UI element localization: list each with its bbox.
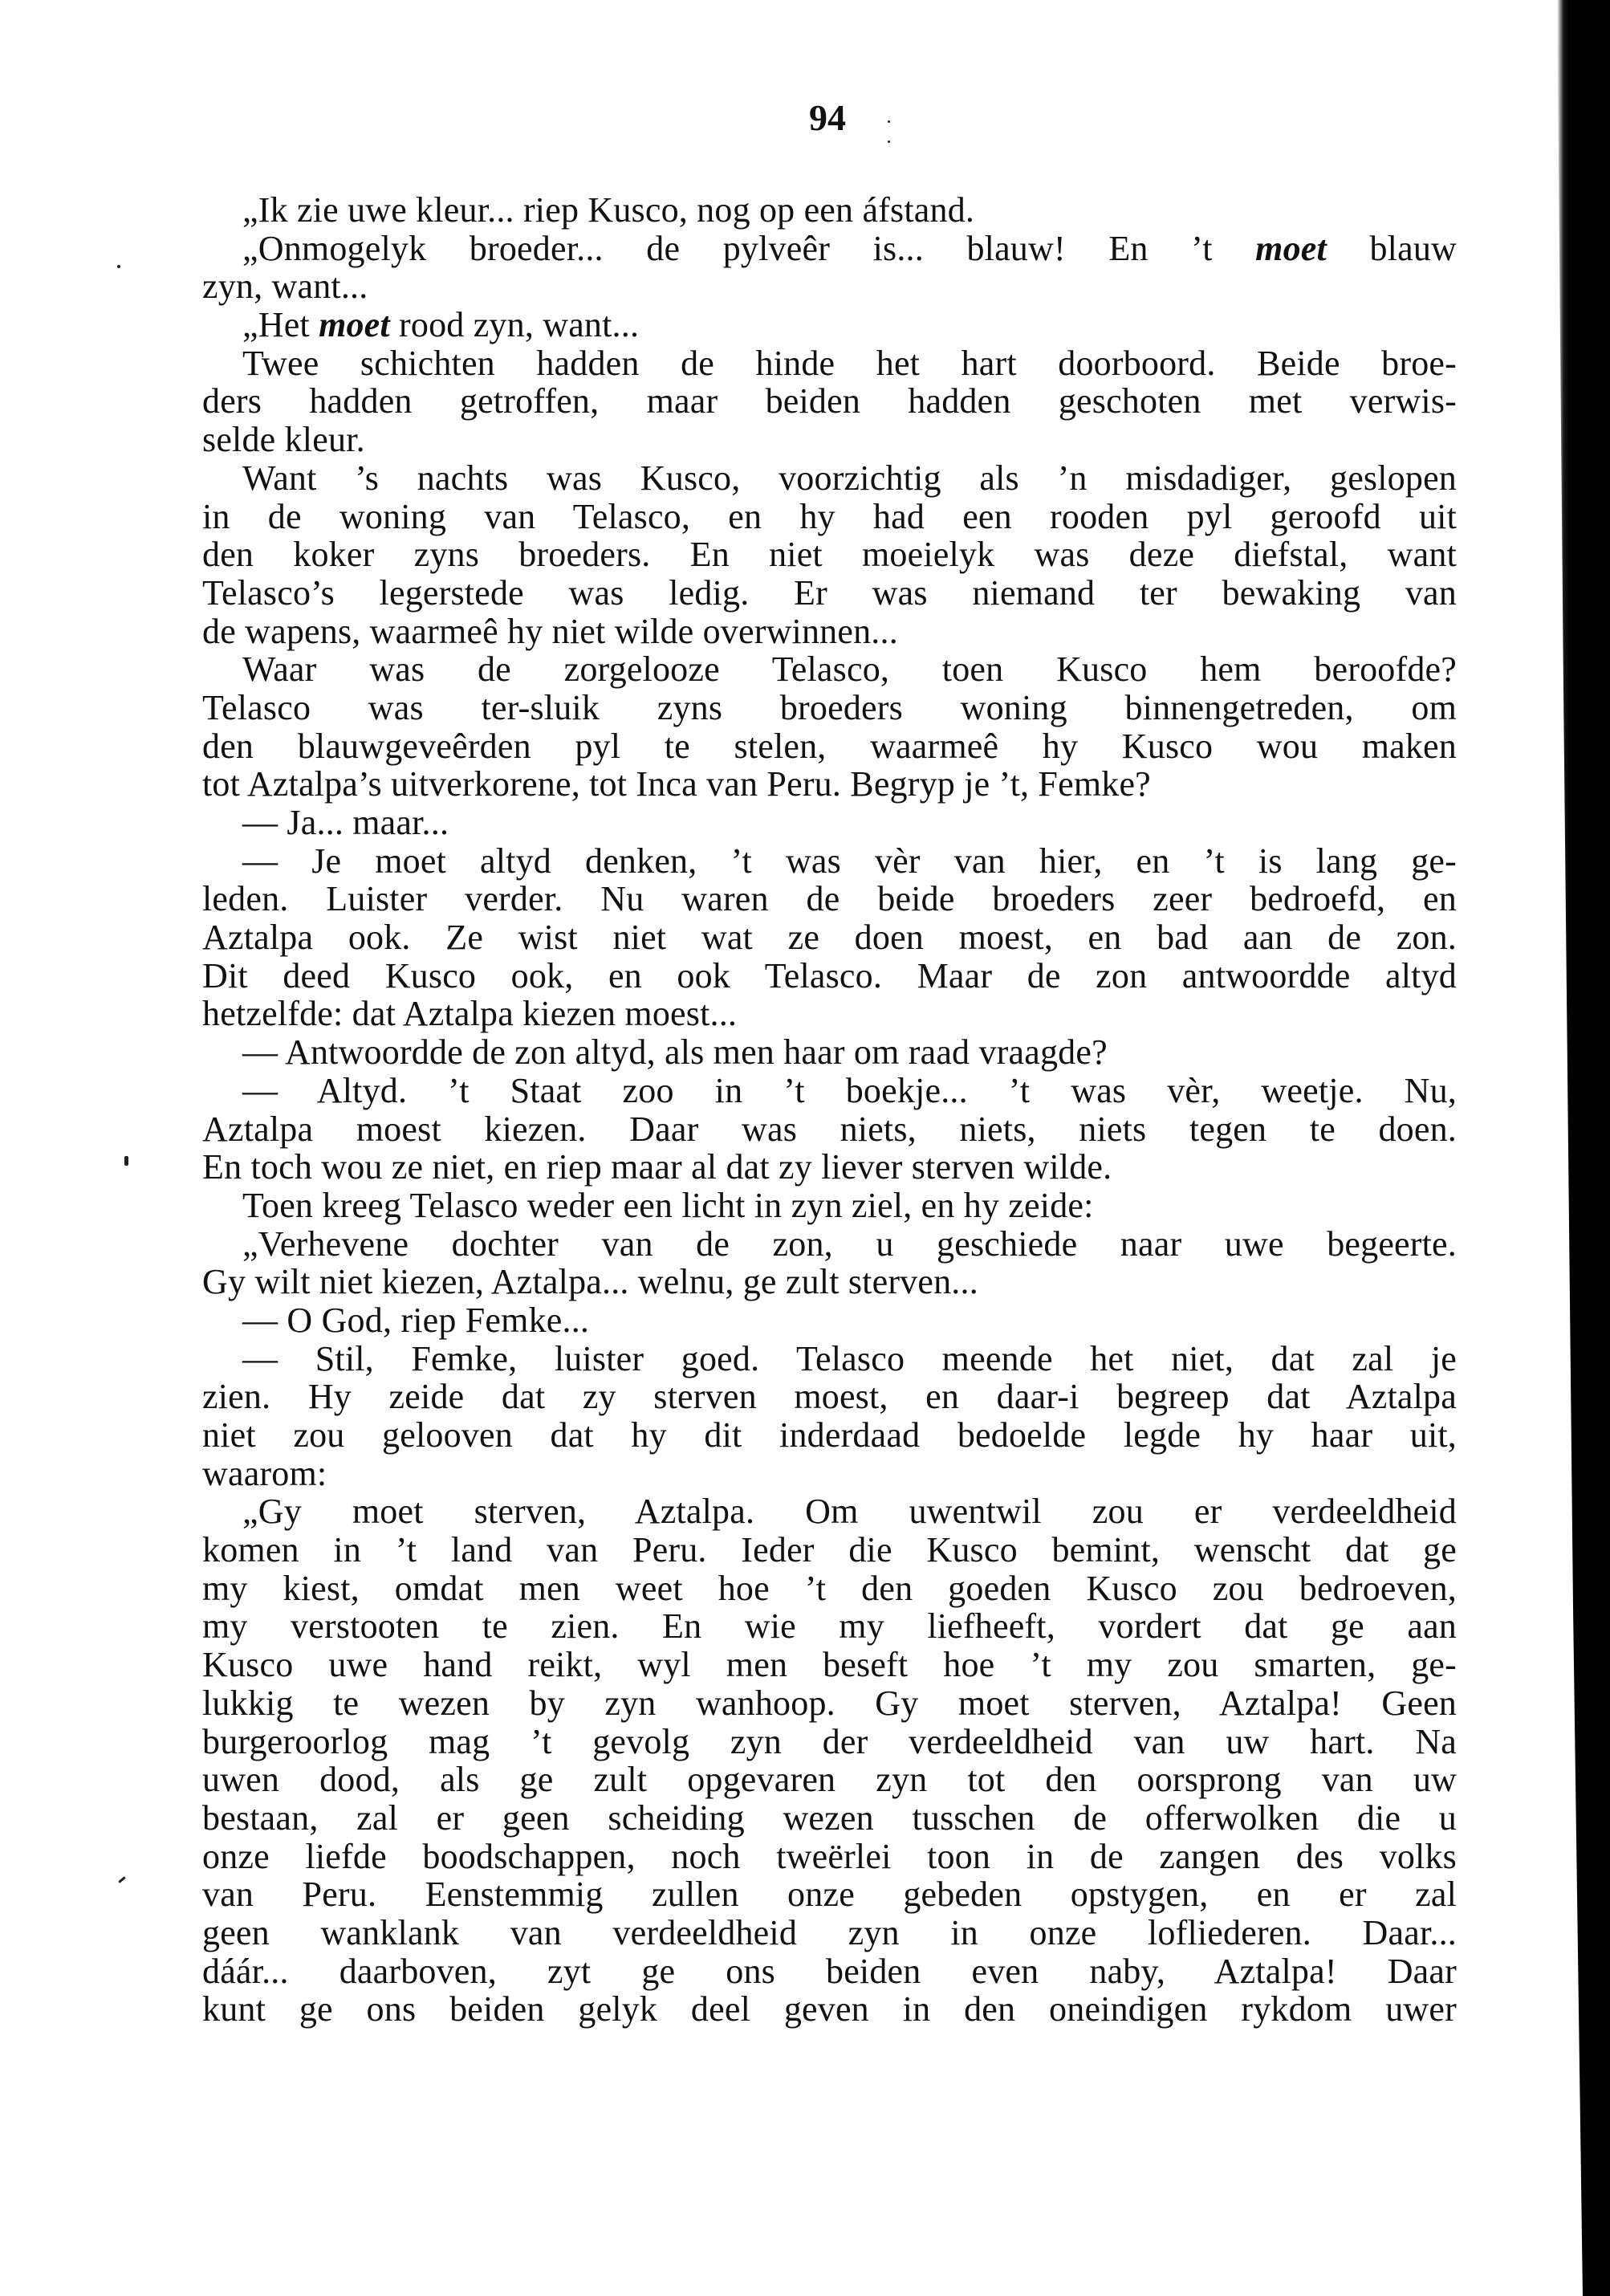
text-line: En toch wou ze niet, en riep maar al dat… (202, 1148, 1457, 1187)
text-line: „Ik zie uwe kleur... riep Kusco, nog op … (202, 191, 1457, 230)
text-line: Telasco was ter-sluik zyns broeders woni… (202, 689, 1457, 727)
text-line: den blauwgeveêrden pyl te stelen, waarme… (202, 727, 1457, 766)
text-line: Telasco’s legerstede was ledig. Er was n… (202, 574, 1457, 613)
text-line: hetzelfde: dat Aztalpa kiezen moest... (202, 995, 1457, 1033)
scanned-book-page: 94 „Ik zie uwe kleur... riep Kusco, nog … (0, 0, 1610, 2296)
body-text: „Ik zie uwe kleur... riep Kusco, nog op … (202, 191, 1457, 2029)
text-line: tot Aztalpa’s uitverkorene, tot Inca van… (202, 765, 1457, 804)
text-line: niet zou gelooven dat hy dit inderdaad b… (202, 1416, 1457, 1455)
text-line: „Onmogelyk broeder... de pylveêr is... b… (202, 230, 1457, 268)
text-line: — Ja... maar... (202, 804, 1457, 842)
text-line: „Het moet rood zyn, want... (202, 306, 1457, 344)
book-binding-shadow (1557, 0, 1610, 2296)
text-line: Aztalpa ook. Ze wist niet wat ze doen mo… (202, 918, 1457, 957)
text-line: Kusco uwe hand reikt, wyl men beseft hoe… (202, 1646, 1457, 1684)
text-line: Gy wilt niet kiezen, Aztalpa... welnu, g… (202, 1263, 1457, 1301)
text-line: my verstooten te zien. En wie my liefhee… (202, 1607, 1457, 1646)
scan-speck (124, 1156, 128, 1166)
text-line: uwen dood, als ge zult opgevaren zyn tot… (202, 1761, 1457, 1799)
text-line: zien. Hy zeide dat zy sterven moest, en … (202, 1378, 1457, 1416)
text-line: — Stil, Femke, luister goed. Telasco mee… (202, 1340, 1457, 1378)
text-line: lukkig te wezen by zyn wanhoop. Gy moet … (202, 1684, 1457, 1723)
emphasis: moet (319, 305, 390, 344)
text-line: de wapens, waarmeê hy niet wilde overwin… (202, 613, 1457, 651)
text-line: „Gy moet sterven, Aztalpa. Om uwentwil z… (202, 1492, 1457, 1531)
text-line: Dit deed Kusco ook, en ook Telasco. Maar… (202, 957, 1457, 995)
text-line: onze liefde boodschappen, noch tweërlei … (202, 1838, 1457, 1876)
text-line: dáár... daarboven, zyt ge ons beiden eve… (202, 1952, 1457, 1991)
text-line: Aztalpa moest kiezen. Daar was niets, ni… (202, 1110, 1457, 1149)
text-line: kunt ge ons beiden gelyk deel geven in d… (202, 1990, 1457, 2029)
text-line: Toen kreeg Telasco weder een licht in zy… (202, 1187, 1457, 1225)
text-line: waarom: (202, 1455, 1457, 1493)
text-line: Twee schichten hadden de hinde het hart … (202, 344, 1457, 383)
text-line: — Altyd. ’t Staat zoo in ’t boekje... ’t… (202, 1072, 1457, 1110)
page-number: 94 (809, 98, 857, 138)
text-line: den koker zyns broeders. En niet moeiely… (202, 535, 1457, 574)
text-line: burgeroorlog mag ’t gevolg zyn der verde… (202, 1723, 1457, 1761)
text-line: „Verhevene dochter van de zon, u geschie… (202, 1225, 1457, 1264)
text-line: zyn, want... (202, 267, 1457, 306)
emphasis: moet (1255, 229, 1327, 268)
text-line: van Peru. Eenstemmig zullen onze gebeden… (202, 1875, 1457, 1914)
scan-speck (888, 140, 890, 143)
scan-speck (118, 1876, 126, 1883)
text-line: Want ’s nachts was Kusco, voorzichtig al… (202, 459, 1457, 498)
text-line: ders hadden getroffen, maar beiden hadde… (202, 382, 1457, 421)
text-line: Waar was de zorgelooze Telasco, toen Kus… (202, 650, 1457, 689)
text-line: geen wanklank van verdeeldheid zyn in on… (202, 1914, 1457, 1952)
scan-speck (117, 265, 120, 268)
text-line: — Antwoordde de zon altyd, als men haar … (202, 1033, 1457, 1072)
text-line: in de woning van Telasco, en hy had een … (202, 498, 1457, 536)
text-line: — O God, riep Femke... (202, 1301, 1457, 1340)
text-line: leden. Luister verder. Nu waren de beide… (202, 880, 1457, 918)
text-line: my kiest, omdat men weet hoe ’t den goed… (202, 1569, 1457, 1608)
text-line: — Je moet altyd denken, ’t was vèr van h… (202, 842, 1457, 881)
text-line: selde kleur. (202, 421, 1457, 459)
text-line: bestaan, zal er geen scheiding wezen tus… (202, 1799, 1457, 1838)
scan-speck (888, 120, 890, 123)
text-line: komen in ’t land van Peru. Ieder die Kus… (202, 1531, 1457, 1569)
